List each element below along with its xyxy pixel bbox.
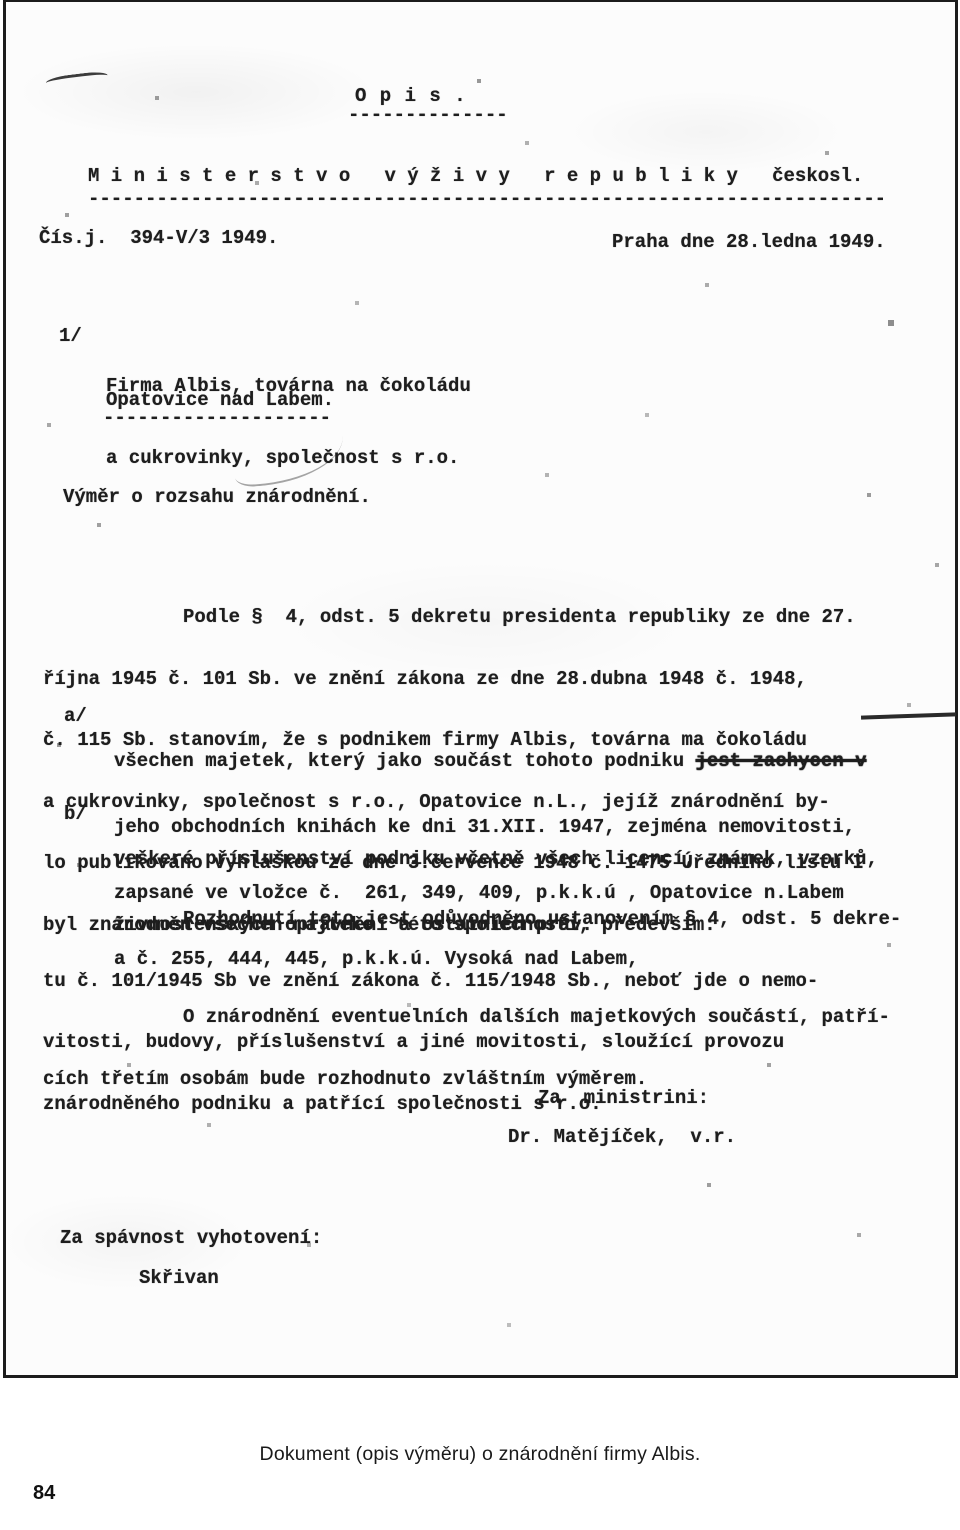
body-paragraph-3: O znárodnění eventuelních dalších majetk… (43, 966, 923, 1130)
doc-line: O znárodnění eventuelních dalších majetk… (43, 1007, 923, 1028)
place-date: Praha dne 28.ledna 1949. (612, 232, 886, 253)
subject-line: Výměr o rozsahu znárodnění. (63, 487, 371, 508)
ministry-header: M i n i s t e r s t v o v ý ž i v y r e … (88, 166, 863, 187)
signature-for-minister: Za ministrini: (538, 1088, 709, 1109)
doc-line: veškeré příslušenství podniku včetně vše… (114, 848, 878, 870)
doc-line: cích třetím osobám bude rozhodnuto zvláš… (43, 1069, 923, 1090)
doc-line: Rozhodnutí toto jest odůvodněno ustanove… (43, 909, 923, 930)
signature-name: Dr. Matějíček, v.r. (508, 1127, 736, 1148)
addressee-line: a cukrovinky, společnost s r.o. (106, 446, 471, 470)
book-page: O p i s . -------------- M i n i s t e r… (0, 0, 960, 1530)
certification-line: Za spávnost vyhotovení: (60, 1228, 322, 1249)
item-a-normal-text: všechen majetek, který jako součást toho… (114, 750, 696, 772)
ref-number: Čís.j. 394-V/3 1949. (39, 228, 278, 249)
ministry-underline: ----------------------------------------… (88, 189, 883, 210)
opis-title: O p i s . (355, 86, 467, 107)
doc-line: října 1945 č. 101 Sb. ve znění zákona ze… (43, 669, 923, 690)
scan-specks (6, 2, 8, 4)
addressee-city-underline: -------------------- (103, 408, 338, 429)
figure-caption: Dokument (opis výměru) o znárodnění firm… (0, 1443, 960, 1466)
doc-line: všechen majetek, který jako součást toho… (114, 750, 867, 772)
doc-line: Podle § 4, odst. 5 dekretu presidenta re… (43, 607, 923, 628)
addressee-index: 1/ (59, 326, 82, 347)
scan-smudge (45, 70, 108, 90)
document-scan: O p i s . -------------- M i n i s t e r… (3, 0, 958, 1378)
item-a-struck-text: jest zachycen v (696, 750, 867, 772)
page-number: 84 (33, 1482, 55, 1505)
opis-underline: -------------- (348, 105, 513, 126)
clerk-name: Skřivan (139, 1268, 219, 1289)
